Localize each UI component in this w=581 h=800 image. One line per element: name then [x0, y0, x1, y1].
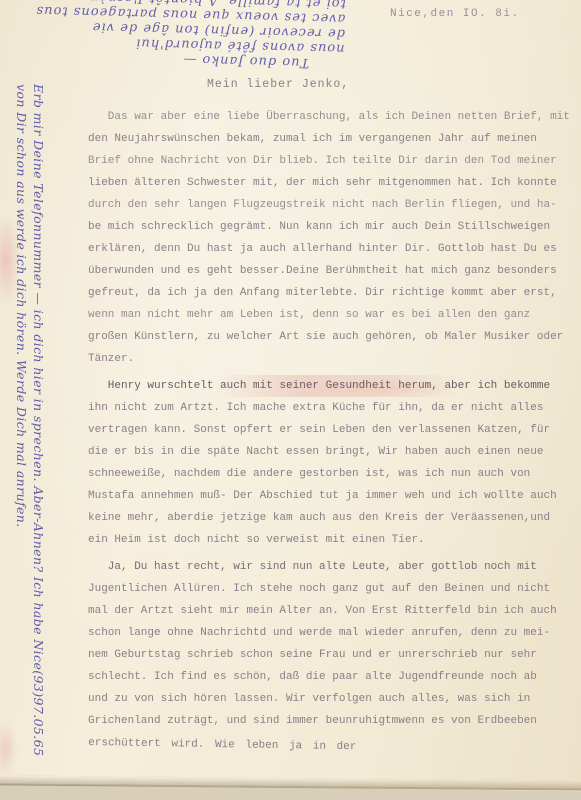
typed-line: gefreut, da ich ja den Anfang miterlebte… — [88, 282, 574, 304]
typed-line: ein Heim ist doch nicht so verweist mit … — [88, 529, 574, 551]
letter-body: Das war aber eine liebe Überraschung, al… — [88, 106, 574, 754]
typed-line: wenn man nicht mehr am Leben ist, denn s… — [88, 304, 574, 326]
typed-line: durch den sehr langen Flugzeugstreik nic… — [88, 194, 574, 216]
salutation: Mein lieber Jenko, — [207, 78, 349, 91]
typed-line: ihn nicht zum Artzt. Ich mache extra Küc… — [88, 397, 574, 419]
typed-line: mal der Artzt sieht mir mein Alter an. V… — [88, 600, 574, 622]
typed-line: überwunden und es geht besser.Deine Berü… — [88, 260, 574, 282]
handwritten-line: von Dir schon aus werde ich dich hören. … — [13, 84, 30, 652]
handwritten-top-note: Tuo duo Janko —nous avons fêté aujourd'h… — [27, 0, 364, 71]
typed-line: erklären, denn Du hast ja auch allerhand… — [88, 238, 574, 260]
typed-line: großen Künstlern, zu welcher Art sie auc… — [88, 326, 574, 348]
typed-line: schlecht. Ich find es schön, daß die paa… — [88, 666, 574, 688]
typed-line: Henry wurschtelt auch mit seiner Gesundh… — [88, 375, 574, 397]
handwritten-margin-note: Erb mir Deine Telefonnummer — ich dich h… — [13, 84, 47, 652]
typed-line: Ja, Du hast recht, wir sind nun alte Leu… — [88, 556, 574, 578]
typed-line: be mich schrecklich gegrämt. Nun kann ic… — [88, 216, 574, 238]
typed-line: Tänzer. — [88, 348, 574, 370]
typed-line: Das war aber eine liebe Überraschung, al… — [88, 106, 574, 128]
typed-line: vertragen kann. Sonst opfert er sein Leb… — [88, 419, 574, 441]
scanned-letter: Tuo duo Janko —nous avons fêté aujourd'h… — [0, 0, 581, 800]
typed-line: und zu von sich hören lassen. Wir verfol… — [88, 688, 574, 710]
city-date-line: Nice,den IO. 8i. — [390, 8, 520, 20]
typed-line: lieben älteren Schwester mit, der mich s… — [88, 172, 574, 194]
typed-line: Grichenland zuträgt, und sind immer beun… — [88, 710, 574, 732]
typed-line: den Neujahrswünschen bekam, zumal ich im… — [88, 128, 574, 150]
typed-line: Brief ohne Nachricht von Dir blieb. Ich … — [88, 150, 574, 172]
typed-line: die er bis in die späte Nacht essen brin… — [88, 441, 574, 463]
typed-line: nem Geburtstag schrieb schon seine Frau … — [88, 644, 574, 666]
typed-line: keine mehr, aberdie jetzige kam auch aus… — [88, 507, 574, 529]
typed-line: schon lange ohne Nachrichtd und werde ma… — [88, 622, 574, 644]
typed-line: schneeweiße, nachdem die andere gestorbe… — [88, 463, 574, 485]
handwritten-line: Erb mir Deine Telefonnummer — ich dich h… — [30, 84, 47, 652]
typed-line: Mustafa annehmen muß- Der Abschied tut j… — [88, 485, 574, 507]
typed-line: Jugentlichen Allüren. Ich stehe noch gan… — [88, 578, 574, 600]
